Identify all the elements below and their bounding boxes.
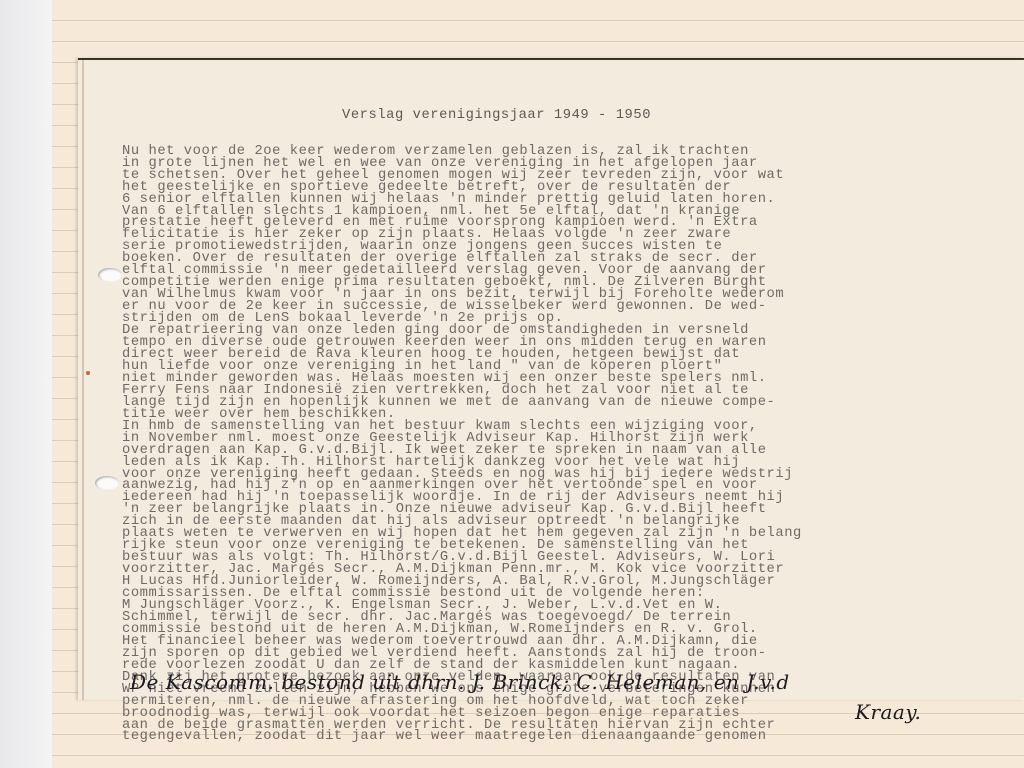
page-fold-line	[82, 60, 84, 700]
scanner-background	[0, 0, 52, 768]
handwritten-note-line-1: De Kascomm. bestond uit dhrn. J. Brinck;…	[130, 670, 790, 694]
report-paragraph: Nu het voor de 2oe keer wederom verzamel…	[122, 146, 1024, 744]
report-title: Verslag verenigingsjaar 1949 - 1950	[122, 110, 1024, 122]
typed-line: tegengevallen, zoodat dit jaar wel weer …	[122, 731, 1024, 743]
typed-report-body: Verslag verenigingsjaar 1949 - 1950 Nu h…	[122, 86, 1024, 755]
handwritten-note-line-2: Kraay.	[855, 700, 921, 724]
rust-stain	[86, 371, 90, 375]
punch-hole-bottom	[95, 476, 119, 490]
punch-hole-top	[98, 268, 122, 282]
